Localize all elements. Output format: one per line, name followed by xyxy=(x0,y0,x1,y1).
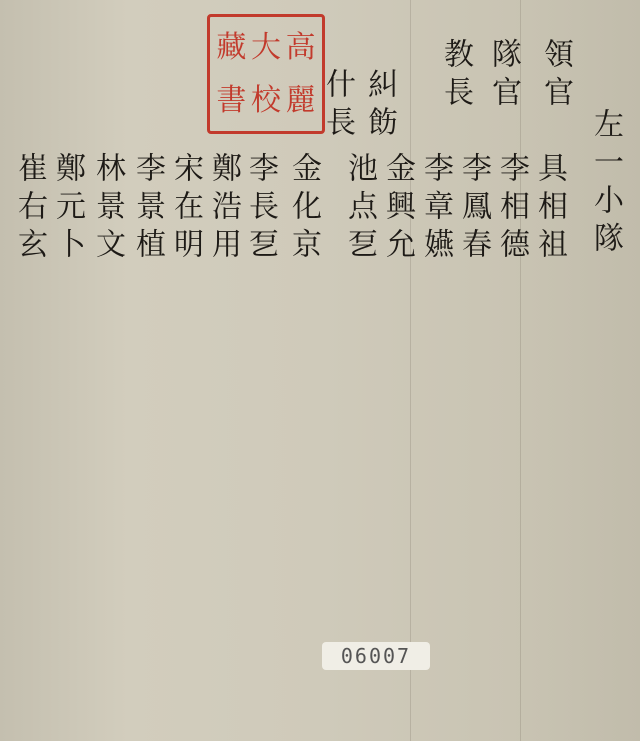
soldier-name: 林景文 xyxy=(92,152,122,266)
soldier-name: 李相德 xyxy=(496,152,526,266)
soldier-name: 李長乭 xyxy=(245,152,275,266)
soldier-name: 金化京 xyxy=(288,152,318,266)
officer-title: 領官 xyxy=(540,38,570,114)
seal-char: 麗 xyxy=(283,74,318,127)
seal-char: 藏 xyxy=(214,21,249,74)
library-seal: 高 大 藏 麗 校 書 xyxy=(207,14,325,134)
seal-char: 高 xyxy=(283,21,318,74)
soldier-name: 金興允 xyxy=(382,152,412,266)
unit-title: 左一小隊 xyxy=(590,108,620,260)
soldier-name: 李章嬿 xyxy=(420,152,450,266)
officer-title: 隊官 xyxy=(488,38,518,114)
soldier-name: 李鳳春 xyxy=(458,152,488,266)
soldier-name: 具相祖 xyxy=(534,152,564,266)
soldier-name: 鄭元卜 xyxy=(52,152,82,266)
seal-char: 書 xyxy=(214,74,249,127)
officer-title: 教長 xyxy=(440,38,470,114)
soldier-name: 池点乭 xyxy=(344,152,374,266)
document-page: 高 大 藏 麗 校 書 左一小隊 領官 隊官 教長 糾飭 什長 具相祖 李相德 … xyxy=(0,0,640,741)
seal-char: 大 xyxy=(249,21,284,74)
fold-line xyxy=(410,0,411,741)
sergeant-title: 什長 xyxy=(322,68,352,144)
soldier-name: 崔右玄 xyxy=(14,152,44,266)
sergeant-title: 糾飭 xyxy=(364,68,394,144)
catalog-number-label: 06007 xyxy=(322,642,430,670)
soldier-name: 宋在明 xyxy=(170,152,200,266)
seal-char: 校 xyxy=(249,74,284,127)
soldier-name: 李景植 xyxy=(132,152,162,266)
soldier-name: 鄭浩用 xyxy=(208,152,238,266)
